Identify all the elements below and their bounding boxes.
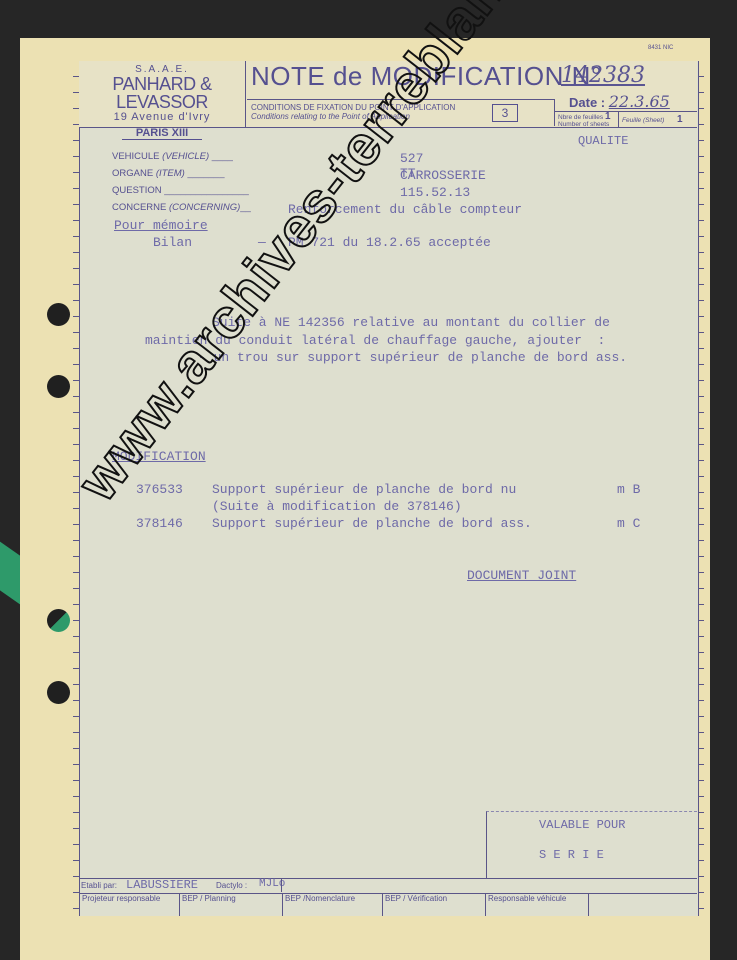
field-vehicule: VEHICULE (VEHICLE) ____527 TT [112, 151, 233, 162]
sheets-block: Nbre de feuilles 1Number of sheets Feuil… [555, 111, 697, 128]
mod-ref: 376533 [136, 482, 183, 497]
divider [281, 878, 282, 892]
field-concerne: CONCERNE (CONCERNING)__Renforcement du c… [112, 202, 251, 213]
sheets-label-fr: Nbre de feuilles [558, 114, 603, 121]
sheet-label: Feuille (Sheet) [622, 117, 664, 124]
punch-hole [47, 609, 70, 632]
field-label: CONCERNE [112, 202, 166, 213]
sig-nomenclature: BEP /Nomenclature [282, 894, 383, 916]
sig-verification: BEP / Vérification [382, 894, 486, 916]
left-ruler [73, 61, 79, 916]
body-line: - un trou sur support supérieur de planc… [198, 350, 627, 365]
mod-desc: Support supérieur de planche de bord ass… [212, 516, 532, 531]
memo-title: Pour mémoire [114, 218, 208, 233]
form-code: 8431 NIC [648, 45, 673, 51]
field-organe: ORGANE (ITEM) _______CARROSSERIE [112, 168, 224, 179]
company-name: PANHARD & LEVASSOR [79, 75, 245, 111]
field-value: 115.52.13 [400, 185, 470, 200]
note-number: 142383 [561, 63, 645, 88]
mod-desc: (Suite à modification de 378146) [212, 499, 462, 514]
mod-ref: 378146 [136, 516, 183, 531]
document-joint: DOCUMENT JOINT [467, 568, 576, 583]
etabli-label: Etabli par: [81, 881, 117, 890]
field-question: QUESTION ________________115.52.13 [112, 185, 249, 196]
date-value: 22.3.65 [609, 92, 670, 111]
sheets-count: Nbre de feuilles 1Number of sheets [558, 113, 611, 128]
date-field: Date : 22.3.65 [569, 92, 670, 111]
sheets-label-en: Number of sheets [558, 121, 609, 128]
date-label: Date : [569, 95, 605, 110]
mod-desc: Support supérieur de planche de bord nu [212, 482, 516, 497]
conditions-value: 3 [492, 104, 518, 122]
signature-footer: Etabli par: LABUSSIERE Dactylo : MJLo Pr… [79, 878, 697, 917]
mod-code: m C [617, 516, 640, 531]
company-logo: S.A.A.E. PANHARD & LEVASSOR 19 Avenue d'… [79, 61, 246, 127]
sig-responsable: Responsable véhicule [485, 894, 589, 916]
etabli-value: LABUSSIERE [126, 878, 198, 892]
dactylo-label: Dactylo : [216, 881, 247, 890]
footer-row-established: Etabli par: LABUSSIERE Dactylo : MJLo [79, 879, 697, 894]
field-label-en: (CONCERNING) [169, 202, 240, 213]
company-city: PARIS XIII [122, 127, 202, 140]
punch-hole [47, 681, 70, 704]
company-address: 19 Avenue d'Ivry [79, 111, 245, 123]
sig-planning: BEP / Planning [179, 894, 283, 916]
field-label-en: (ITEM) [156, 168, 185, 179]
field-label: VEHICULE [112, 151, 160, 162]
valable-line2: S E R I E [539, 848, 604, 862]
field-label-en: (VEHICLE) [162, 151, 209, 162]
field-label: ORGANE [112, 168, 153, 179]
field-value: CARROSSERIE [400, 168, 486, 183]
punch-hole [47, 303, 70, 326]
valable-box: VALABLE POUR S E R I E [486, 811, 697, 878]
memo-label: Bilan [153, 235, 192, 250]
right-ruler [698, 61, 704, 916]
punch-hole [47, 375, 70, 398]
sig-projeteur: Projeteur responsable [79, 894, 180, 916]
mod-code: m B [617, 482, 640, 497]
sheet-number: Feuille (Sheet) 1 [618, 112, 683, 128]
sheet-value: 1 [677, 114, 683, 125]
valable-line1: VALABLE POUR [539, 818, 625, 832]
body-line: Suite à NE 142356 relative au montant du… [212, 315, 610, 330]
field-label: QUESTION [112, 185, 162, 196]
qualite-label: QUALITE [578, 134, 628, 148]
